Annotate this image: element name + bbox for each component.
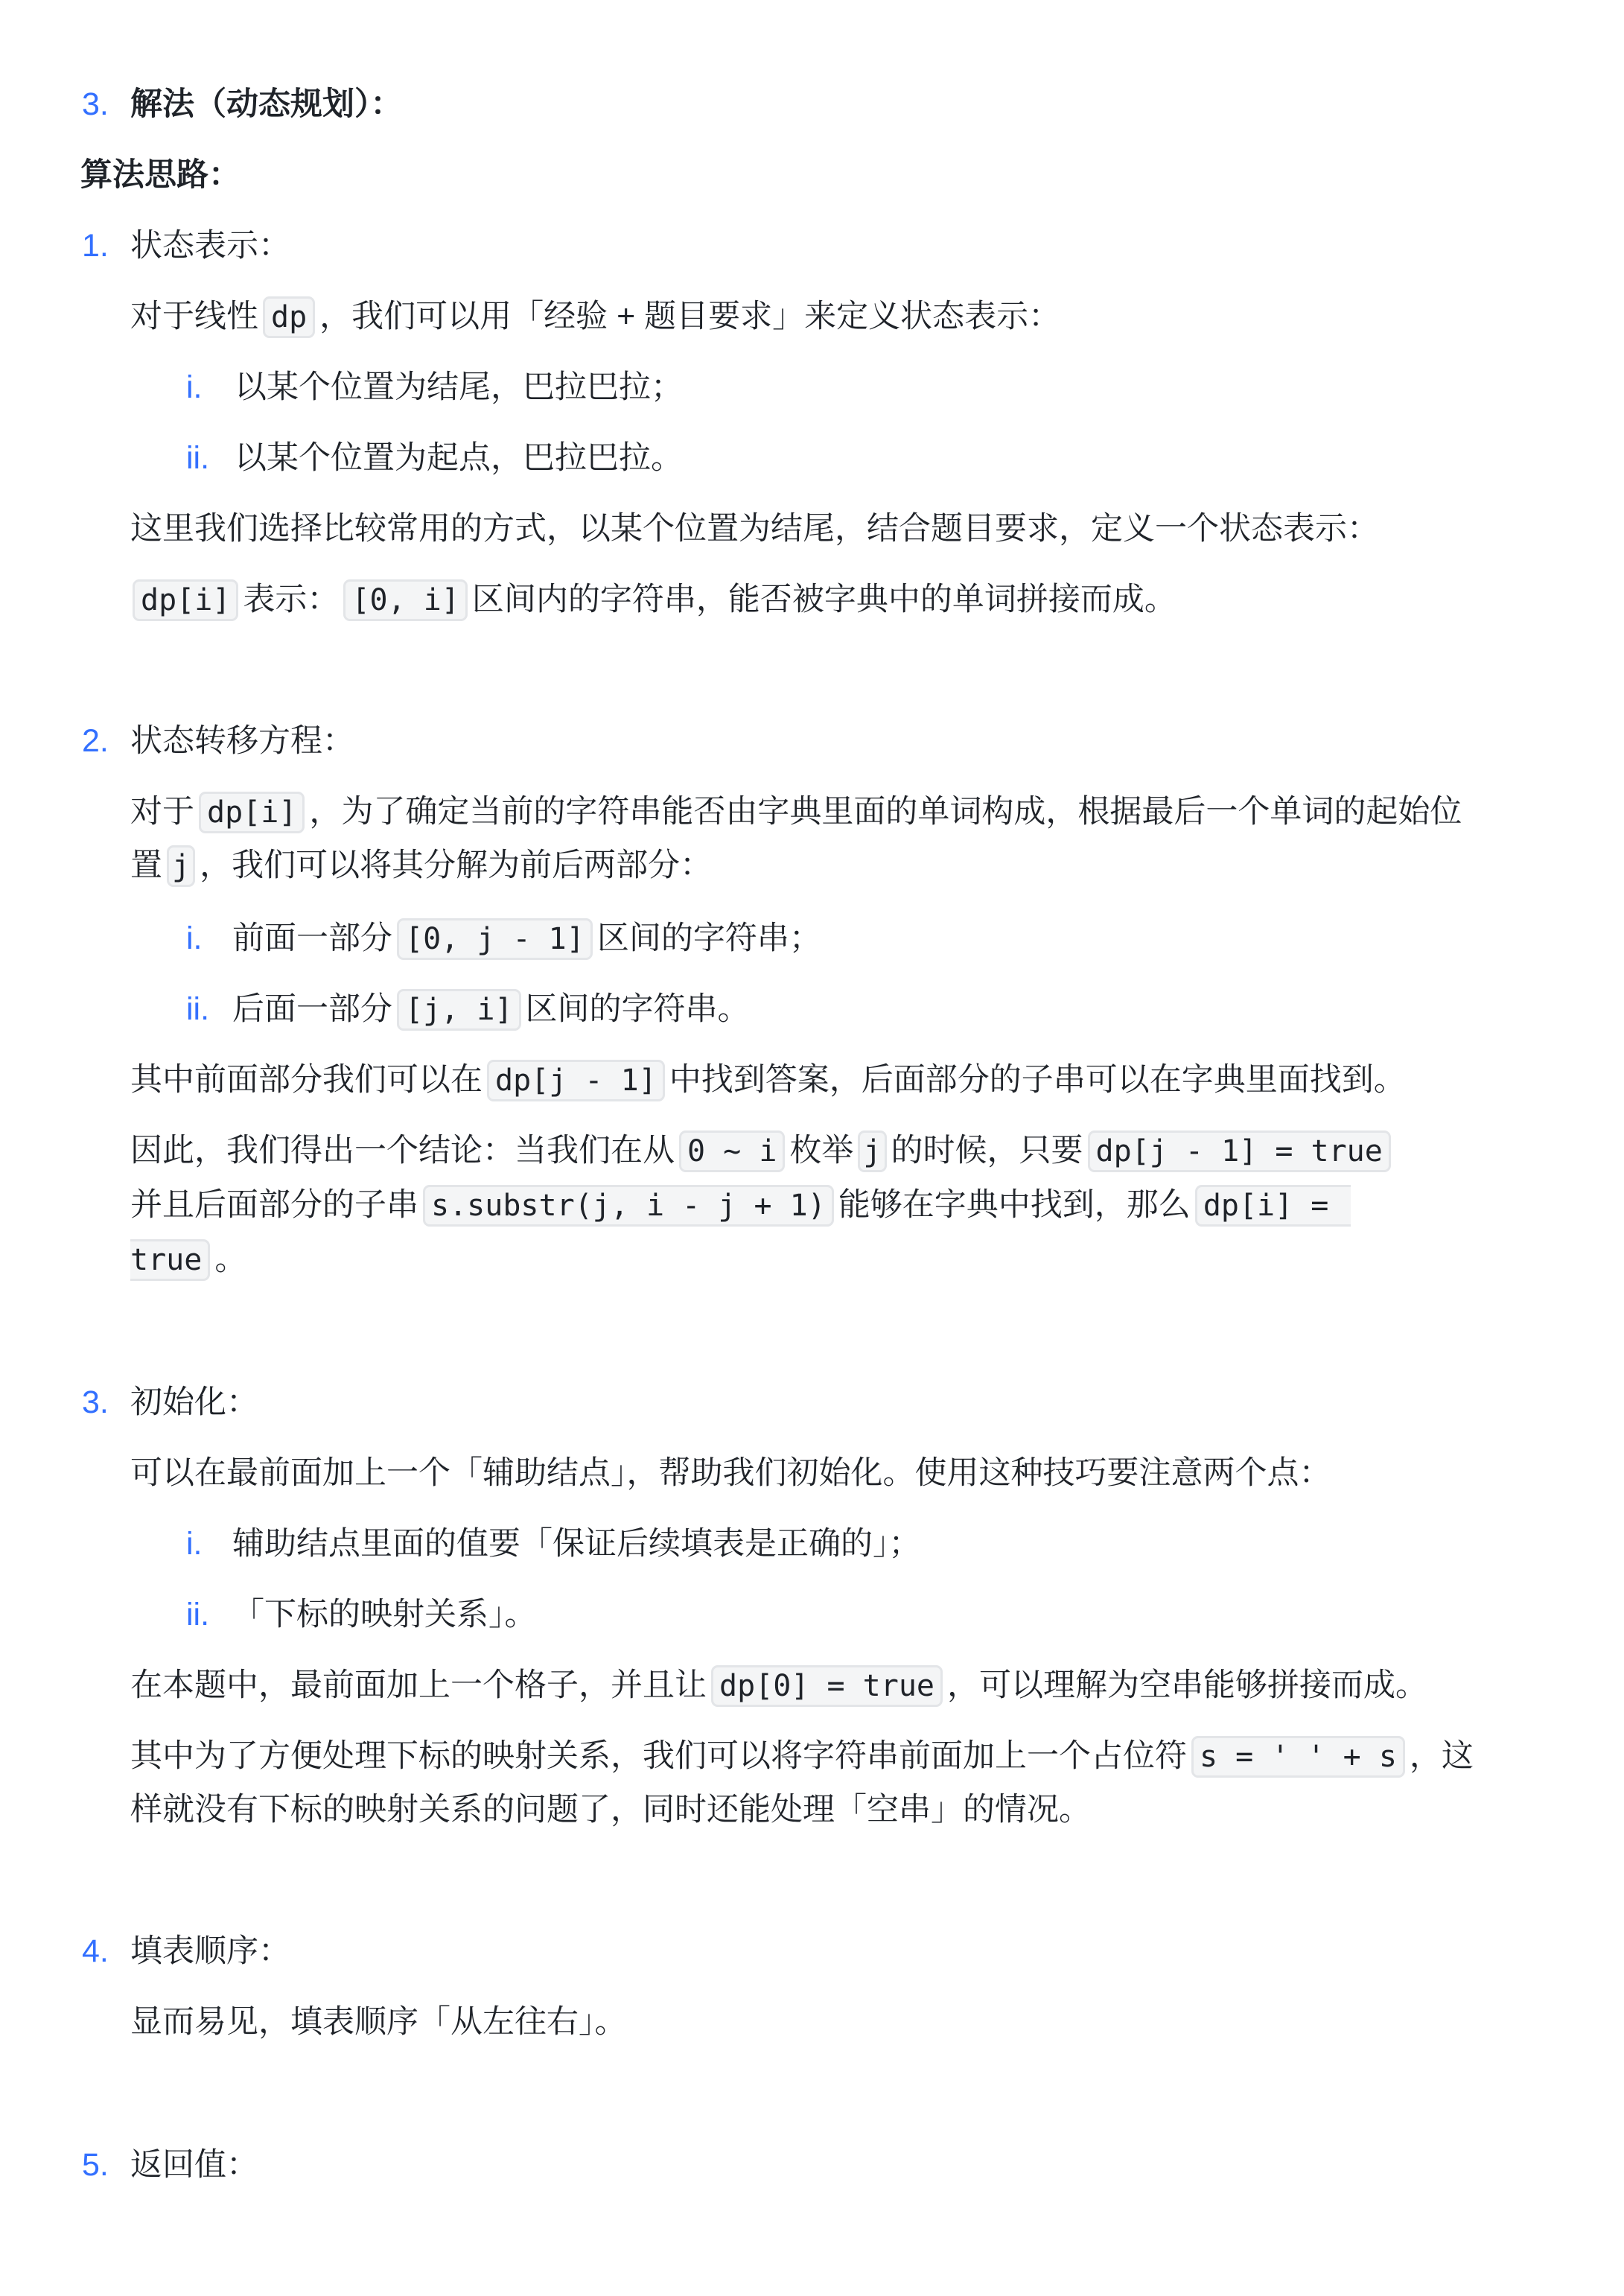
code-span: [j, i]	[397, 989, 521, 1031]
code-span: j	[858, 1130, 886, 1172]
section-number: 3.	[82, 82, 109, 127]
code-span: s = ' ' + s	[1191, 1736, 1405, 1778]
code-span: dp	[263, 296, 315, 338]
code-span: dp[i] =	[1195, 1185, 1351, 1227]
code-span: dp[0] = true	[711, 1665, 943, 1707]
code-span: dp[i]	[199, 792, 305, 833]
section-title: 解法（动态规划）：	[130, 82, 403, 127]
code-span: s.substr(j, i - j + 1)	[423, 1185, 834, 1227]
code-span: dp[j - 1]	[487, 1060, 665, 1101]
code-span: [0, j - 1]	[397, 918, 593, 960]
code-span: [0, i]	[343, 579, 468, 621]
code-span: j	[167, 845, 195, 887]
code-span: 0 ~ i	[679, 1130, 785, 1172]
code-span: dp[j - 1] = true	[1088, 1130, 1391, 1172]
code-span: dp[i]	[133, 579, 238, 621]
code-span: true	[130, 1239, 210, 1281]
